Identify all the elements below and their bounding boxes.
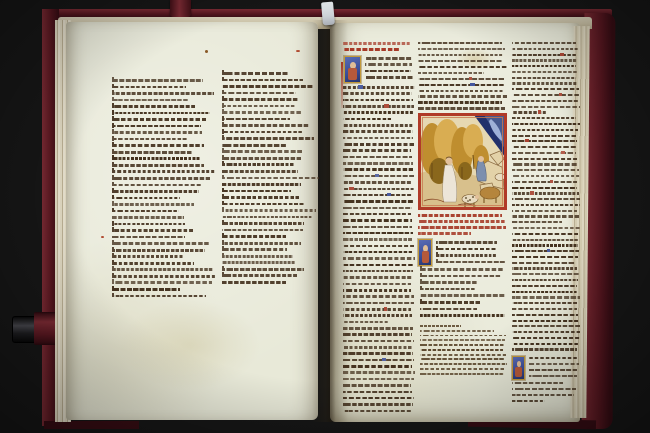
book-top-strap: [170, 0, 191, 17]
right-col1-rubric: [343, 42, 413, 55]
left-page-verse-column-1: [112, 79, 216, 301]
right-col2-verse: [420, 268, 507, 321]
manuscript-photo: [0, 0, 650, 433]
initial-figure-body: [422, 251, 429, 262]
illuminated-initial-col3: [512, 356, 525, 380]
miniature-scene: [418, 113, 507, 210]
right-col3-commentary: [512, 42, 580, 354]
illuminated-initial-col2: [418, 239, 432, 266]
right-col3-text-beside-initial: [529, 357, 580, 381]
right-col1-text-beside-initial: [365, 57, 413, 83]
red-margin-mark: [101, 236, 104, 238]
right-col1-commentary: [343, 86, 415, 416]
miniature-painting: [418, 113, 507, 210]
right-col2-rubric: [418, 214, 507, 238]
ink-spot: [205, 50, 208, 53]
left-page-verse-column-2: [222, 72, 319, 288]
right-col2-verse-beside-initial: [436, 241, 506, 267]
initial-figure-body: [515, 367, 521, 377]
right-col2-gloss: [420, 325, 507, 378]
right-col2-commentary-top: [418, 42, 507, 113]
bookmark-ribbon: [321, 2, 335, 26]
right-col3-tail: [512, 382, 578, 406]
red-margin-mark: [296, 50, 300, 52]
initial-figure-body: [348, 68, 357, 79]
book-bottom-cover-edge-left: [44, 421, 139, 429]
illuminated-initial-col1: [344, 56, 361, 83]
